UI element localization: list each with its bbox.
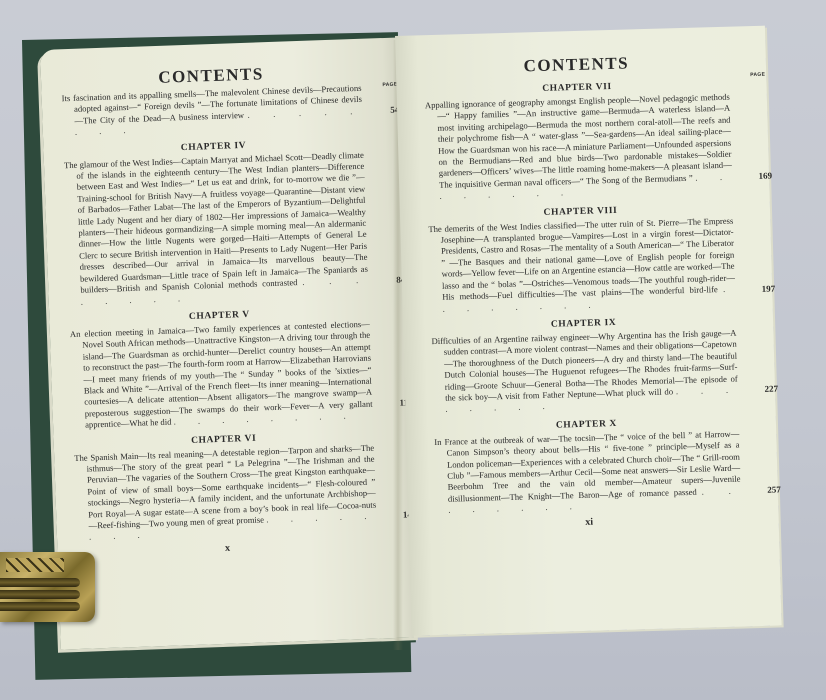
entry-page-number: 197 <box>774 283 776 294</box>
lattice-ornament-icon <box>6 558 64 572</box>
entry-text: In France at the outbreak of war—The toc… <box>434 428 740 503</box>
left-page: CONTENTS PAGE Its fascination and its ap… <box>40 37 421 649</box>
brass-page-weight <box>0 552 95 622</box>
left-page-content: CONTENTS PAGE Its fascination and its ap… <box>61 61 378 559</box>
toc-entry: Appalling ignorance of geography amongst… <box>425 92 733 203</box>
entry-page-number: 227 <box>776 384 778 395</box>
entry-text: Appalling ignorance of geography amongst… <box>425 92 732 190</box>
toc-entry: The Spanish Main—Its real meaning—A dete… <box>74 442 377 544</box>
right-page-content: CONTENTS PAGE CHAPTER VII Appalling igno… <box>424 51 742 532</box>
toc-entry: In France at the outbreak of war—The toc… <box>434 428 741 516</box>
toc-entry: The demerits of the West Indies classifi… <box>428 215 735 315</box>
right-page: CONTENTS PAGE CHAPTER VII Appalling igno… <box>395 26 782 636</box>
weight-bar <box>0 602 80 611</box>
entry-text: The demerits of the West Indies classifi… <box>428 215 735 302</box>
page-column-label: PAGE <box>750 72 765 78</box>
contents-title: CONTENTS <box>424 51 729 80</box>
toc-entry: Difficulties of an Argentine railway eng… <box>431 327 738 415</box>
weight-bar <box>0 578 80 587</box>
weight-bar <box>0 590 80 599</box>
entry-page-number: 169 <box>770 171 772 182</box>
entry-text: The glamour of the West Indies—Captain M… <box>64 149 368 294</box>
toc-entry: An election meeting in Jamaica—Two famil… <box>70 319 373 432</box>
entry-page-number: 257 <box>779 485 781 496</box>
toc-entry-continued: Its fascination and its appalling smells… <box>62 83 363 139</box>
toc-entry: The glamour of the West Indies—Captain M… <box>64 149 369 308</box>
